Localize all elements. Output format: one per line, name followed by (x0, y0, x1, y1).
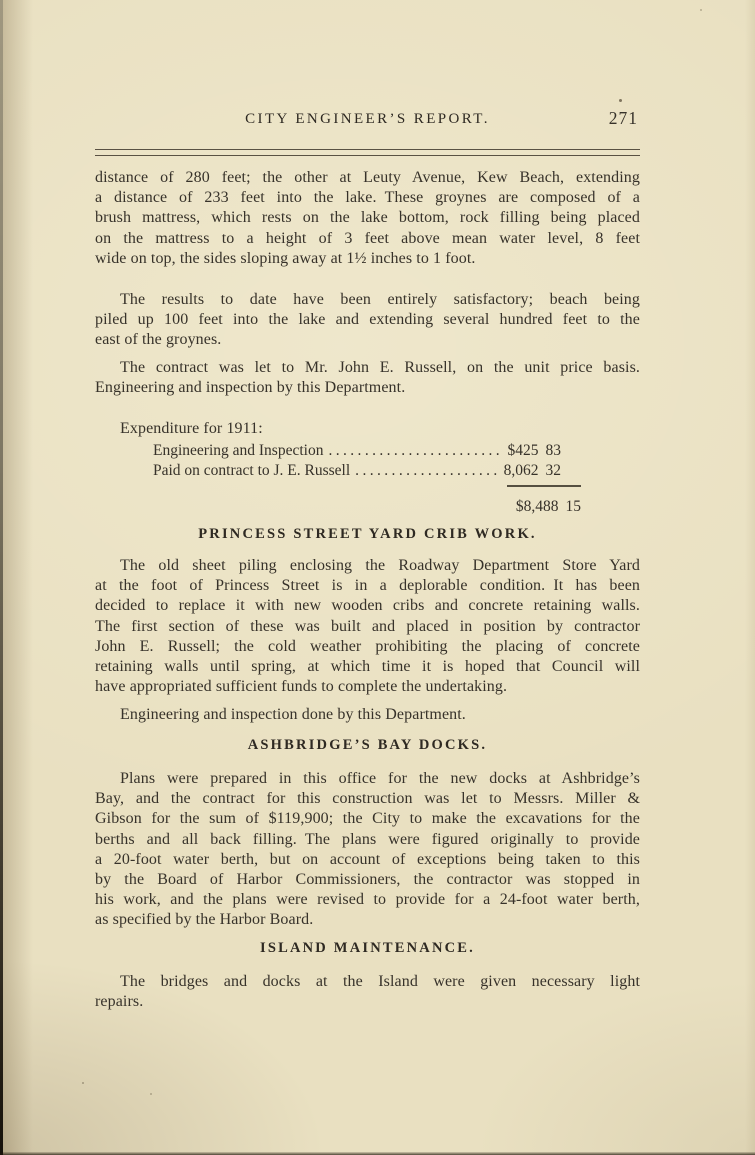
scanned-report-page: CITY ENGINEER’S REPORT. 271 distance of … (0, 0, 755, 1155)
text-line: Engineering and inspection done by this … (95, 705, 640, 725)
text-line: The first section of these was built and… (95, 617, 640, 637)
expenditure-row-engineering: Engineering and Inspection .............… (153, 441, 561, 461)
text-line: Expenditure for 1911: (95, 419, 640, 439)
text-line: a distance of 233 feet into the lake. Th… (95, 188, 640, 208)
text-line: have appropriated sufficient funds to co… (95, 677, 640, 697)
dot-leader: ........................................ (328, 441, 501, 461)
scan-speck (82, 1082, 84, 1084)
total-dollars: $8,488 (516, 498, 559, 515)
scan-speck (150, 1093, 152, 1095)
text-line: east of the groynes. (95, 330, 640, 350)
page-right-shade (745, 0, 755, 1155)
text-line: on the mattress to a height of 3 feet ab… (95, 229, 640, 249)
text-line: The results to date have been entirely s… (95, 290, 640, 310)
amount-cents: 83 (546, 442, 562, 459)
section-heading-island-maintenance: ISLAND MAINTENANCE. (95, 940, 640, 957)
text-line: a 20-foot water berth, but on account of… (95, 850, 640, 870)
paragraph-groynes-continuation: distance of 280 feet; the other at Leuty… (95, 168, 640, 269)
text-line: wide on top, the sides sloping away at 1… (95, 249, 640, 269)
text-line: as specified by the Harbor Board. (95, 910, 640, 930)
amount-dollars: 8,062 (504, 462, 539, 479)
expenditure-label: Paid on contract to J. E. Russell (153, 461, 350, 481)
amount-cents: 32 (546, 462, 562, 479)
expenditure-total: $8,48815 (95, 498, 581, 516)
paragraph-island-maintenance: The bridges and docks at the Island were… (95, 972, 640, 1012)
text-line: at the foot of Princess Street is in a d… (95, 576, 640, 596)
text-line: John E. Russell; the cold weather prohib… (95, 637, 640, 657)
section-heading-ashbridges-bay: ASHBRIDGE’S BAY DOCKS. (95, 737, 640, 754)
paragraph-princess-street: The old sheet piling enclosing the Roadw… (95, 556, 640, 697)
text-line: piled up 100 feet into the lake and exte… (95, 310, 640, 330)
paragraph-ashbridges-bay: Plans were prepared in this office for t… (95, 769, 640, 931)
text-line: brush mattress, which rests on the lake … (95, 208, 640, 228)
text-line: The old sheet piling enclosing the Roadw… (95, 556, 640, 576)
text-line: Gibson for the sum of $119,900; the City… (95, 809, 640, 829)
text-line: repairs. (95, 992, 640, 1012)
page-number: 271 (609, 108, 638, 129)
paragraph-results: The results to date have been entirely s… (95, 290, 640, 351)
text-line: The bridges and docks at the Island were… (95, 972, 640, 992)
text-line: Engineering and inspection by this Depar… (95, 378, 640, 398)
expenditure-label: Engineering and Inspection (153, 441, 323, 461)
text-block: CITY ENGINEER’S REPORT. 271 distance of … (95, 0, 640, 1155)
scan-speck (700, 9, 702, 11)
dot-leader: ........................................ (355, 461, 497, 481)
paragraph-engineering-inspection: Engineering and inspection done by this … (95, 705, 640, 725)
running-head-title: CITY ENGINEER’S REPORT. (95, 110, 640, 129)
scan-speck (619, 99, 622, 102)
paragraph-contract: The contract was let to Mr. John E. Russ… (95, 358, 640, 398)
text-line: berths and all back filling. The plans w… (95, 830, 640, 850)
total-cents: 15 (566, 498, 582, 515)
header-double-rule (95, 149, 640, 156)
binding-shadow (3, 0, 33, 1155)
text-line: distance of 280 feet; the other at Leuty… (95, 168, 640, 188)
text-line: by the Board of Harbor Commissioners, th… (95, 870, 640, 890)
text-line: The contract was let to Mr. John E. Russ… (95, 358, 640, 378)
text-line: Bay, and the contract for this construct… (95, 789, 640, 809)
paragraph-expenditure-label: Expenditure for 1911: (95, 419, 640, 439)
expenditure-amount: 8,06232 (504, 461, 561, 481)
text-line: Plans were prepared in this office for t… (95, 769, 640, 789)
text-line: decided to replace it with new wooden cr… (95, 596, 640, 616)
expenditure-amount: $42583 (508, 441, 562, 461)
section-heading-princess-street: PRINCESS STREET YARD CRIB WORK. (95, 526, 640, 543)
text-line: his work, and the plans were revised to … (95, 890, 640, 910)
text-line: retaining walls until spring, at which t… (95, 657, 640, 677)
total-rule (507, 485, 581, 487)
amount-dollars: $425 (508, 442, 539, 459)
expenditure-row-contract: Paid on contract to J. E. Russell ......… (153, 461, 561, 481)
